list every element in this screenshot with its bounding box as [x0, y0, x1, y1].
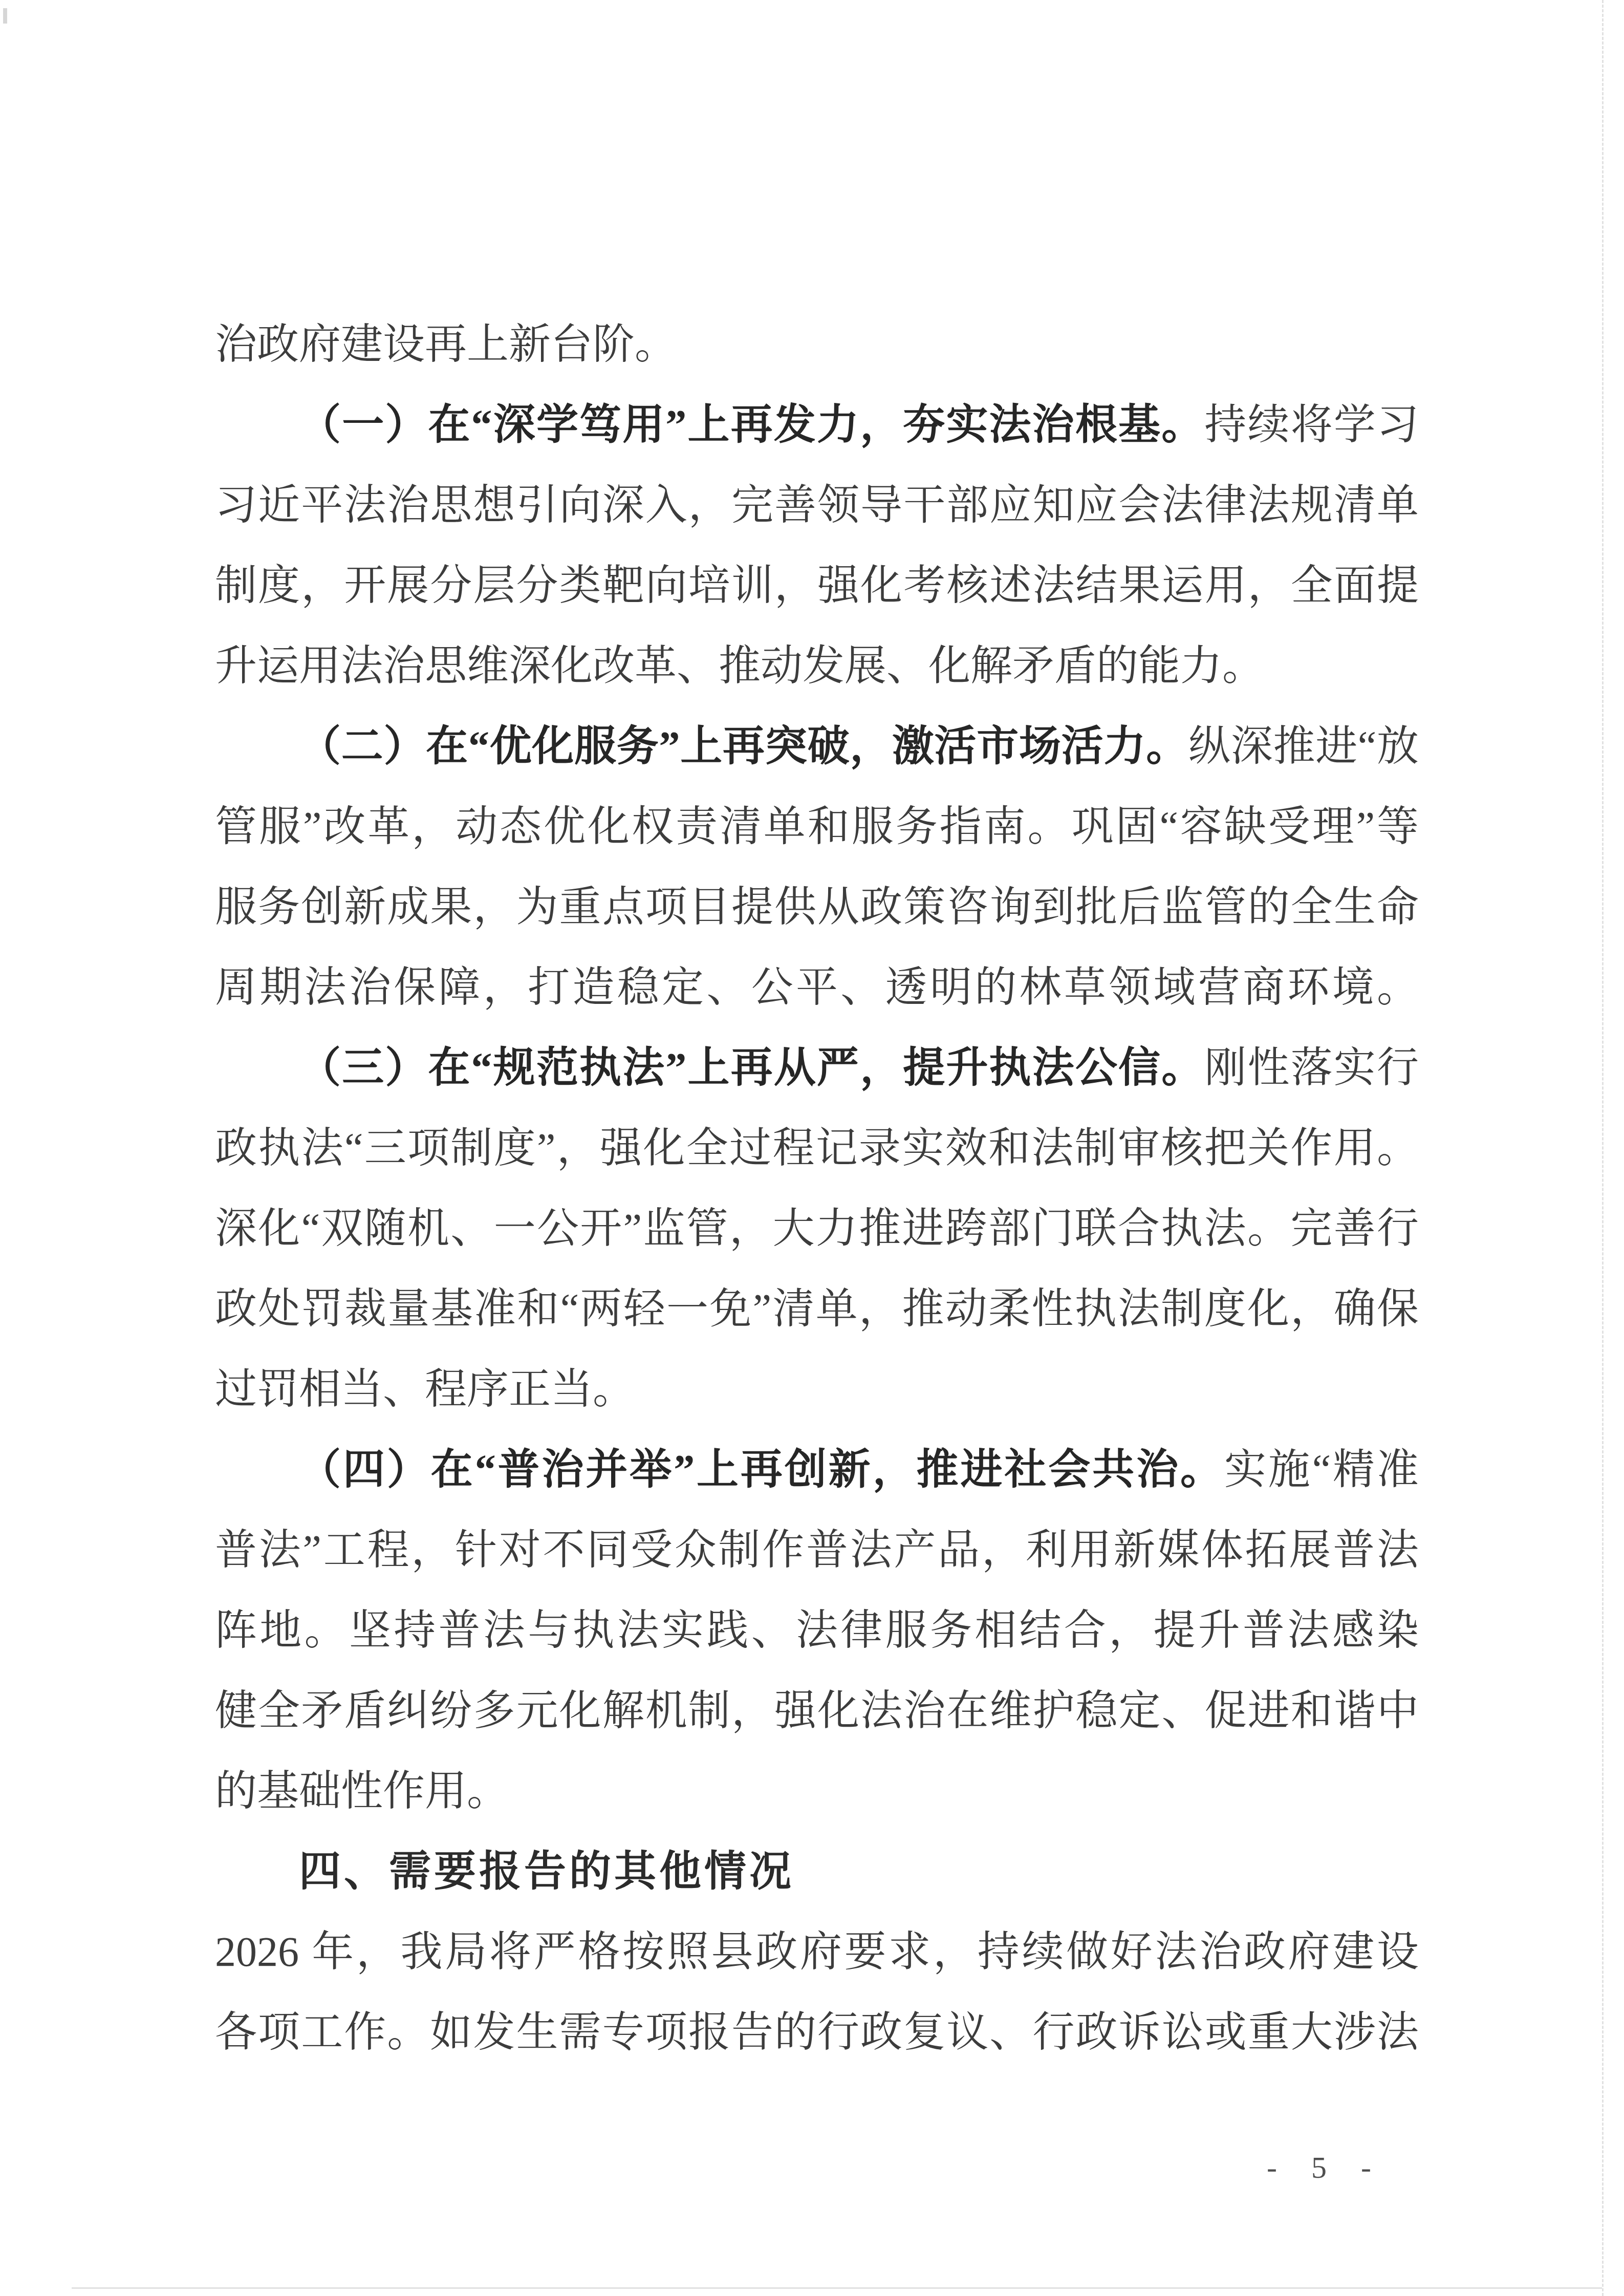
line-text: 过罚相当、程序正当。 — [215, 1366, 635, 1412]
text-line: 习近平法治思想引向深入，完善领导干部应知应会法律法规清单 — [215, 465, 1419, 545]
line-text: 管服”改革，动态优化权责清单和服务指南。巩固“容缺受理”等 — [215, 803, 1419, 850]
page-number: - 5 - — [1249, 2150, 1402, 2185]
line-text: 政处罚裁量基准和“两轻一免”清单，推动柔性执法制度化，确保 — [215, 1285, 1419, 1332]
line-text: 升运用法治思维深化改革、推动发展、化解矛盾的能力。 — [215, 642, 1264, 689]
text-line: 管服”改革，动态优化权责清单和服务指南。巩固“容缺受理”等 — [215, 786, 1419, 867]
line-text: 习近平法治思想引向深入，完善领导干部应知应会法律法规清单 — [215, 482, 1419, 528]
text-line: （三）在“规范执法”上再从严，提升执法公信。刚性落实行 — [215, 1027, 1419, 1108]
text-line: 健全矛盾纠纷多元化解机制，强化法治在维护稳定、促进和谐中 — [215, 1670, 1419, 1751]
text-line: 2026 年，我局将严格按照县政府要求，持续做好法治政府建设 — [215, 1912, 1419, 1992]
line-text: 普法”工程，针对不同受众制作普法产品，利用新媒体拓展普法 — [215, 1527, 1419, 1573]
paragraph-lead: （二）在“优化服务”上再突破，激活市场活力。 — [299, 723, 1188, 769]
scan-artifact-speck — [3, 8, 7, 24]
text-line: 政执法“三项制度”，强化全过程记录实效和法制审核把关作用。 — [215, 1108, 1419, 1188]
paragraph-lead: （三）在“规范执法”上再从严，提升执法公信。 — [299, 1044, 1204, 1091]
text-line: 周期法治保障，打造稳定、公平、透明的林草领域营商环境。 — [215, 947, 1419, 1027]
line-text: 实施“精准 — [1224, 1446, 1419, 1493]
text-line: 治政府建设再上新台阶。 — [215, 304, 1419, 384]
text-line: 制度，开展分层分类靶向培训，强化考核述法结果运用，全面提 — [215, 545, 1419, 626]
text-block: 治政府建设再上新台阶。（一）在“深学笃用”上再发力，夯实法治根基。持续将学习习近… — [0, 0, 1624, 2296]
section-heading-line: 四、需要报告的其他情况 — [215, 1831, 1419, 1912]
line-text: 刚性落实行 — [1204, 1044, 1419, 1091]
line-text: 深化“双随机、一公开”监管，大力推进跨部门联合执法。完善行 — [215, 1205, 1419, 1252]
line-text: 的基础性作用。 — [215, 1768, 509, 1814]
line-text: 2026 年，我局将严格按照县政府要求，持续做好法治政府建设 — [215, 1928, 1419, 1975]
text-line: 服务创新成果，为重点项目提供从政策咨询到批后监管的全生命 — [215, 867, 1419, 947]
text-line: 阵地。坚持普法与执法实践、法律服务相结合，提升普法感染力。 — [215, 1590, 1419, 1670]
document-page: 治政府建设再上新台阶。（一）在“深学笃用”上再发力，夯实法治根基。持续将学习习近… — [0, 0, 1624, 2296]
line-text: 制度，开展分层分类靶向培训，强化考核述法结果运用，全面提 — [215, 562, 1419, 609]
line-text: 周期法治保障，打造稳定、公平、透明的林草领域营商环境。 — [215, 964, 1419, 1011]
text-line: 过罚相当、程序正当。 — [215, 1349, 1419, 1429]
text-line: 深化“双随机、一公开”监管，大力推进跨部门联合执法。完善行 — [215, 1188, 1419, 1269]
paragraph-lead: （一）在“深学笃用”上再发力，夯实法治根基。 — [299, 401, 1204, 448]
text-line: 升运用法治思维深化改革、推动发展、化解矛盾的能力。 — [215, 626, 1419, 706]
line-text: 服务创新成果，为重点项目提供从政策咨询到批后监管的全生命 — [215, 884, 1419, 930]
line-text: 阵地。坚持普法与执法实践、法律服务相结合，提升普法感染力。 — [215, 1607, 1419, 1670]
text-line: （一）在“深学笃用”上再发力，夯实法治根基。持续将学习 — [215, 384, 1419, 465]
text-line: 普法”工程，针对不同受众制作普法产品，利用新媒体拓展普法 — [215, 1510, 1419, 1590]
text-line: 的基础性作用。 — [215, 1751, 1419, 1831]
text-line: （二）在“优化服务”上再突破，激活市场活力。纵深推进“放 — [215, 706, 1419, 786]
text-line: 各项工作。如发生需专项报告的行政复议、行政诉讼或重大涉法 — [215, 1992, 1419, 2072]
text-line: 政处罚裁量基准和“两轻一免”清单，推动柔性执法制度化，确保 — [215, 1269, 1419, 1349]
text-line: （四）在“普治并举”上再创新，推进社会共治。实施“精准 — [215, 1429, 1419, 1510]
line-text: 政执法“三项制度”，强化全过程记录实效和法制审核把关作用。 — [215, 1125, 1419, 1171]
line-text: 纵深推进“放 — [1188, 723, 1419, 769]
scan-artifact-bottom-line — [72, 2287, 1602, 2289]
line-text: 各项工作。如发生需专项报告的行政复议、行政诉讼或重大涉法 — [215, 2009, 1419, 2055]
line-text: 健全矛盾纠纷多元化解机制，强化法治在维护稳定、促进和谐中 — [215, 1687, 1419, 1734]
scan-artifact-vertical-line — [1602, 0, 1604, 2296]
paragraph-lead: （四）在“普治并举”上再创新，推进社会共治。 — [299, 1446, 1224, 1493]
line-text: 持续将学习 — [1204, 401, 1419, 448]
line-text: 治政府建设再上新台阶。 — [215, 321, 677, 368]
